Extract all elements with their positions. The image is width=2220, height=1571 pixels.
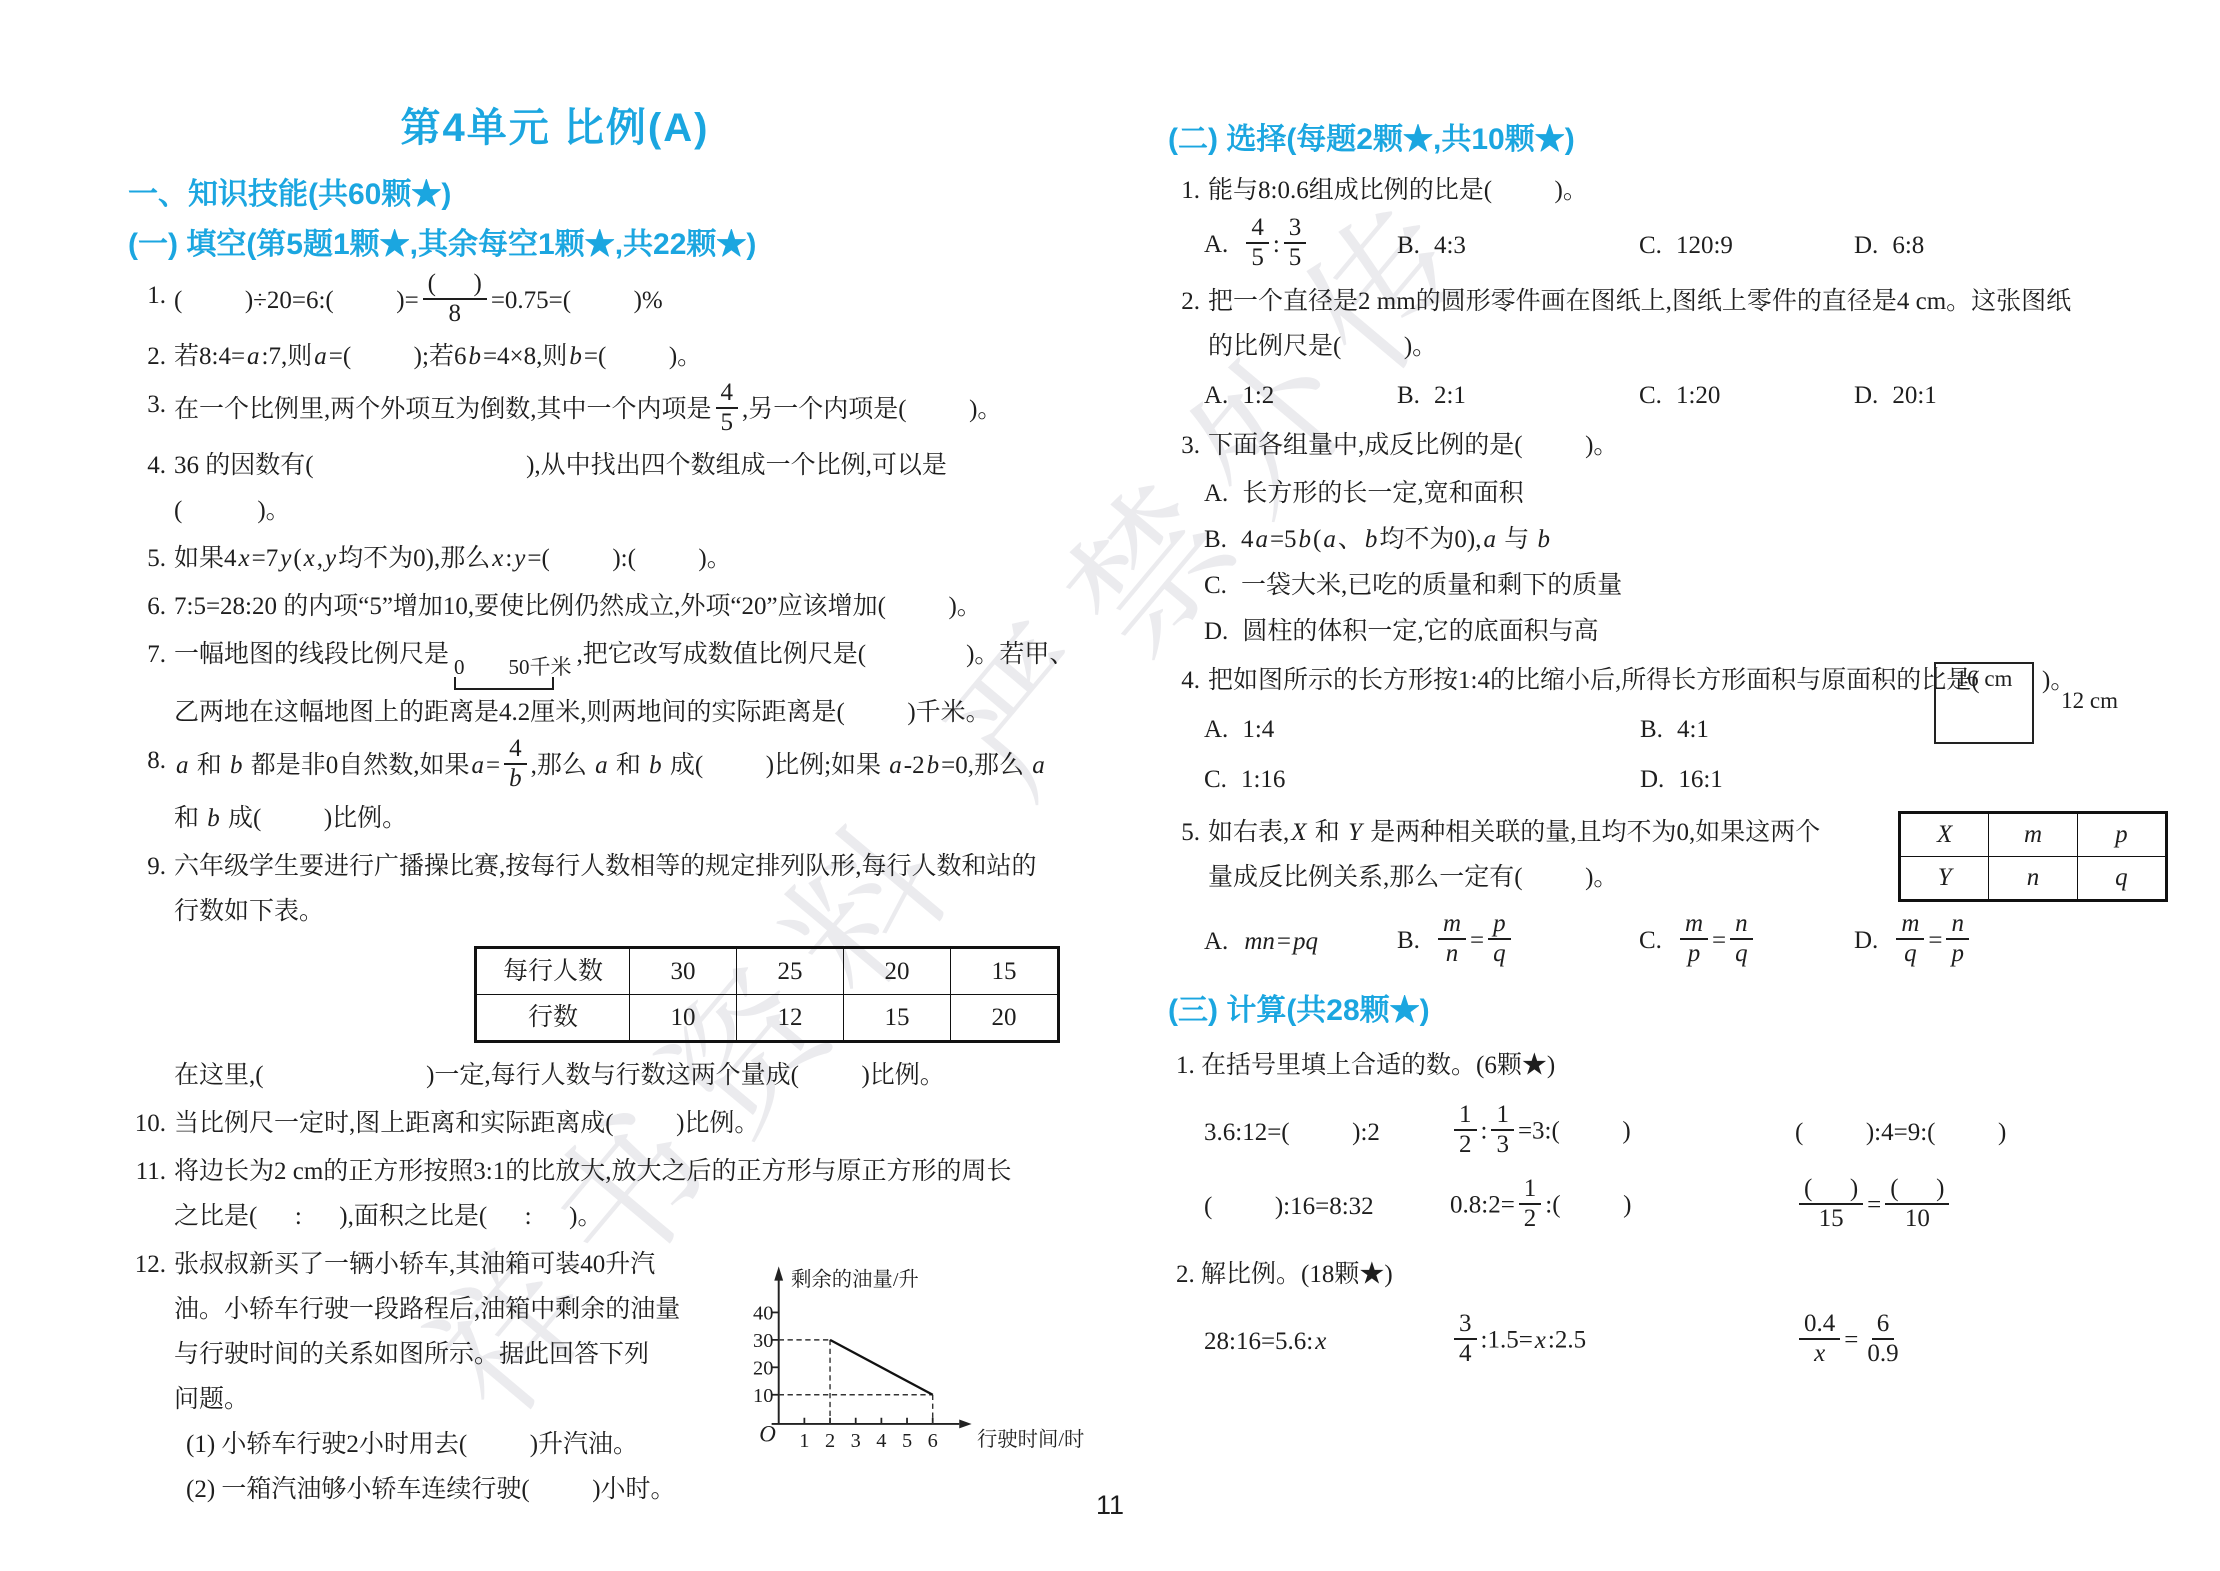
option-a: A.45:35 xyxy=(1204,217,1397,275)
fraction: 45 xyxy=(716,379,739,437)
question-text: 如右表,X 和 Y 是两种相关联的量,且均不为0,如果这两个 量成反比例关系,那… xyxy=(1208,819,1820,891)
question-text: 在这里,( )一定,每行人数与行数这两个量成( )比例。 xyxy=(174,1053,1092,1098)
calc-fill-row2: ( ):16=8:32 0.8:2=12:( ) ( )15=( )10 xyxy=(1168,1178,2168,1236)
fraction: np xyxy=(1946,910,1969,968)
table-row: 每行人数 30 25 20 15 xyxy=(476,948,1059,995)
choice-question-5-block: 5. 如右表,X 和 Y 是两种相关联的量,且均不为0,如果这两个 量成反比例关… xyxy=(1168,807,2168,903)
choice-question-1: 1. 能与8:0.6组成比例的比是( )。 xyxy=(1168,168,2168,213)
fill-question-4: 4. 36 的因数有( ),从中找出四个数组成一个比例,可以是 ( )。 xyxy=(128,443,1092,533)
option-c: C.mp=nq xyxy=(1639,913,1854,971)
calc-fill-label: 1. 在括号里填上合适的数。(6颗★) xyxy=(1176,1043,2168,1088)
x-tick: 4 xyxy=(876,1430,886,1452)
calc-item: 0.4x=60.9 xyxy=(1795,1313,2168,1371)
xy-table: X m p Y n q xyxy=(1898,811,2168,902)
fuel-remaining-line-chart: 剩余的油量/升 行驶时间/时 O 40 30 20 10 1 2 3 4 5 6 xyxy=(738,1242,1092,1482)
x-axis-label: 行驶时间/时 xyxy=(977,1428,1084,1451)
x-tick: 5 xyxy=(902,1430,912,1452)
calc-item: 34:1.5=x:2.5 xyxy=(1450,1313,1795,1371)
calc-item: ( ):16=8:32 xyxy=(1204,1182,1450,1232)
question-text: 下面各组量中,成反比例的是( )。 xyxy=(1208,432,1618,459)
origin-label: O xyxy=(759,1421,776,1447)
worksheet-page: 祥书资料 严禁外传 第4单元 比例(A) 一、知识技能(共60颗★) (一) 填… xyxy=(0,0,2220,1571)
y-tick: 40 xyxy=(753,1303,773,1325)
fraction: 12 xyxy=(1519,1175,1542,1233)
choice-4-options-row2: C.1:16 D.16:1 xyxy=(1168,757,2168,803)
table-row: 行数 10 12 15 20 xyxy=(476,995,1059,1042)
page-title: 第4单元 比例(A) xyxy=(128,96,982,153)
fraction: mn xyxy=(1438,910,1466,968)
fill-question-2: 2. 若8:4=a:7,则a=( );若6b=4×8,则b=( )。 xyxy=(128,334,1092,379)
option-c: C.1:20 xyxy=(1639,373,1854,419)
fill-question-1: 1. ( )÷20=6:( )=( )8=0.75=( )% xyxy=(128,273,1092,331)
question-text: 7:5=28:20 的内项“5”增加10,要使比例仍然成立,外项“20”应该增加… xyxy=(174,593,982,620)
calc-item: 28:16=5.6:x xyxy=(1204,1317,1450,1367)
option-a: A.长方形的长一定,宽和面积 xyxy=(1168,471,2168,517)
rect-height-label: 12 cm xyxy=(2061,688,2118,714)
calc-solve-row: 28:16=5.6:x 34:1.5=x:2.5 0.4x=60.9 xyxy=(1168,1313,2168,1371)
sub-question-1: (1) 小轿车行驶2小时用去( )升汽油。 xyxy=(174,1422,734,1467)
question-text: 张叔叔新买了一辆小轿车,其油箱可装40升汽 油。小轿车行驶一段路程后,油箱中剩余… xyxy=(174,1242,734,1512)
question-text: 把一个直径是2 mm的圆形零件画在图纸上,图纸上零件的直径是4 cm。这张图纸 … xyxy=(1208,288,2071,360)
question-text: ( )÷20=6:( )=( )8=0.75=( )% xyxy=(174,287,663,314)
option-b: B.4:3 xyxy=(1397,223,1639,269)
rectangle-figure: 16 cm 12 cm xyxy=(1934,662,2034,744)
question-text: 36 的因数有( ),从中找出四个数组成一个比例,可以是 ( )。 xyxy=(174,452,947,524)
calc-item: 12:13=3:( ) xyxy=(1450,1104,1795,1162)
x-tick: 2 xyxy=(825,1430,835,1452)
calc-item: ( ):4=9:( ) xyxy=(1795,1108,2168,1158)
choice-question-3: 3. 下面各组量中,成反比例的是( )。 xyxy=(1168,423,2168,468)
fraction: 13 xyxy=(1491,1101,1514,1159)
calc-solve-label: 2. 解比例。(18颗★) xyxy=(1176,1252,2168,1297)
question-text: 在一个比例里,两个外项互为倒数,其中一个内项是45,另一个内项是( )。 xyxy=(174,396,1002,423)
x-tick: 6 xyxy=(928,1430,938,1452)
calc-item: 3.6:12=( ):2 xyxy=(1204,1108,1450,1158)
fraction: ( )10 xyxy=(1885,1175,1949,1233)
question-text: 六年级学生要进行广播操比赛,按每行人数相等的规定排列队形,每行人数和站的 行数如… xyxy=(174,853,1037,925)
choice-1-options: A.45:35 B.4:3 C.120:9 D.6:8 xyxy=(1168,217,2168,275)
fill-question-12: 12. 张叔叔新买了一辆小轿车,其油箱可装40升汽 油。小轿车行驶一段路程后,油… xyxy=(128,1242,1092,1512)
y-tick: 20 xyxy=(753,1357,773,1379)
option-d: D.16:1 xyxy=(1640,757,2168,803)
y-axis-label: 剩余的油量/升 xyxy=(791,1268,919,1291)
table-row: X m p xyxy=(1900,813,2167,857)
question-text: 如果4x=7y(x,y均不为0),那么x:y=( ):( )。 xyxy=(174,545,732,572)
choice-3-options: A.长方形的长一定,宽和面积 B.4a=5b(a、b均不为0),a 与 b C.… xyxy=(1168,471,2168,655)
fraction: 45 xyxy=(1246,214,1269,272)
question-text: 能与8:0.6组成比例的比是( )。 xyxy=(1208,177,1588,204)
section2-heading: (二) 选择(每题2颗★,共10颗★) xyxy=(1168,118,2168,162)
choice-5-options: A.mn=pq B.mn=pq C.mp=nq D.mq=np xyxy=(1168,913,2168,971)
fill-question-9: 9. 六年级学生要进行广播操比赛,按每行人数相等的规定排列队形,每行人数和站的 … xyxy=(128,844,1092,1098)
option-a: A.1:2 xyxy=(1204,373,1397,419)
fraction: 4b xyxy=(504,735,527,793)
rows-people-table: 每行人数 30 25 20 15 行数 10 12 15 20 xyxy=(474,946,1060,1043)
choice-2-options: A.1:2 B.2:1 C.1:20 D.20:1 xyxy=(1168,373,2168,419)
option-c: C.一袋大米,已吃的质量和剩下的质量 xyxy=(1168,563,2168,609)
fraction: 35 xyxy=(1284,214,1307,272)
fraction: ( )8 xyxy=(423,270,487,328)
fill-question-10: 10. 当比例尺一定时,图上距离和实际距离成( )比例。 xyxy=(128,1101,1092,1146)
fill-question-11: 11. 将边长为2 cm的正方形按照3:1的比放大,放大之后的正方形与原正方形的… xyxy=(128,1149,1092,1239)
page-number: 11 xyxy=(0,1490,2220,1521)
fraction: 0.4x xyxy=(1799,1310,1840,1368)
question-text: a 和 b 都是非0自然数,如果a=4b,那么 a 和 b 成( )比例;如果 … xyxy=(174,752,1047,832)
table-row: Y n q xyxy=(1900,857,2167,901)
left-column: 第4单元 比例(A) 一、知识技能(共60颗★) (一) 填空(第5题1颗★,其… xyxy=(128,96,1092,1515)
question-text: 当比例尺一定时,图上距离和实际距离成( )比例。 xyxy=(174,1110,759,1137)
rect-width-label: 16 cm xyxy=(1936,666,2032,692)
option-d: D.6:8 xyxy=(1854,223,2168,269)
map-scale-bar: 050千米 xyxy=(454,657,572,690)
fraction: ( )15 xyxy=(1799,1175,1863,1233)
x-tick: 3 xyxy=(851,1430,861,1452)
fill-question-8: 8. a 和 b 都是非0自然数,如果a=4b,那么 a 和 b 成( )比例;… xyxy=(128,738,1092,841)
option-c: C.120:9 xyxy=(1639,223,1854,269)
option-a: A.mn=pq xyxy=(1204,919,1397,965)
option-b: B.mn=pq xyxy=(1397,913,1639,971)
question-text: 将边长为2 cm的正方形按照3:1的比放大,放大之后的正方形与原正方形的周长 之… xyxy=(174,1158,1012,1230)
section1-heading: 一、知识技能(共60颗★) xyxy=(128,173,1092,217)
y-tick: 30 xyxy=(753,1330,773,1352)
question-text: 一幅地图的线段比例尺是050千米,把它改写成数值比例尺是( )。若甲、 乙两地在… xyxy=(174,641,1074,726)
choice-question-5: 5. 如右表,X 和 Y 是两种相关联的量,且均不为0,如果这两个 量成反比例关… xyxy=(1168,810,1898,900)
fill-question-3: 3. 在一个比例里,两个外项互为倒数,其中一个内项是45,另一个内项是( )。 xyxy=(128,382,1092,440)
option-a: A.1:4 xyxy=(1204,707,1640,753)
option-d: D.圆柱的体积一定,它的底面积与高 xyxy=(1168,609,2168,655)
option-d: D.20:1 xyxy=(1854,373,2168,419)
option-b: B.4a=5b(a、b均不为0),a 与 b xyxy=(1168,517,2168,563)
fill-question-5: 5. 如果4x=7y(x,y均不为0),那么x:y=( ):( )。 xyxy=(128,536,1092,581)
fill-question-7: 7. 一幅地图的线段比例尺是050千米,把它改写成数值比例尺是( )。若甲、 乙… xyxy=(128,632,1092,735)
option-b: B.2:1 xyxy=(1397,373,1639,419)
fill-in-heading: (一) 填空(第5题1颗★,其余每空1颗★,共22颗★) xyxy=(128,223,1092,267)
choice-question-2: 2. 把一个直径是2 mm的圆形零件画在图纸上,图纸上零件的直径是4 cm。这张… xyxy=(1168,279,2168,369)
option-c: C.1:16 xyxy=(1204,757,1640,803)
fraction: nq xyxy=(1730,910,1753,968)
calc-fill-row1: 3.6:12=( ):2 12:13=3:( ) ( ):4=9:( ) xyxy=(1168,1104,2168,1162)
calc-item: 0.8:2=12:( ) xyxy=(1450,1178,1795,1236)
fraction: mp xyxy=(1680,910,1708,968)
option-d: D.mq=np xyxy=(1854,913,2168,971)
fraction: 12 xyxy=(1454,1101,1477,1159)
section3-heading: (三) 计算(共28颗★) xyxy=(1168,989,2168,1033)
question-text: 若8:4=a:7,则a=( );若6b=4×8,则b=( )。 xyxy=(174,343,702,370)
x-tick: 1 xyxy=(799,1430,809,1452)
calc-item: ( )15=( )10 xyxy=(1795,1178,2168,1236)
choice-question-4-block: 4. 把如图所示的长方形按1:4的比缩小后,所得长方形面积与原面积的比是( )。… xyxy=(1168,658,2168,803)
fraction: mq xyxy=(1896,910,1924,968)
fraction: pq xyxy=(1488,910,1511,968)
right-column: (二) 选择(每题2颗★,共10颗★) 1. 能与8:0.6组成比例的比是( )… xyxy=(1168,112,2168,1387)
fill-question-6: 6. 7:5=28:20 的内项“5”增加10,要使比例仍然成立,外项“20”应… xyxy=(128,584,1092,629)
fraction: 60.9 xyxy=(1862,1310,1903,1368)
fraction: 34 xyxy=(1454,1310,1477,1368)
y-tick: 10 xyxy=(753,1385,773,1407)
